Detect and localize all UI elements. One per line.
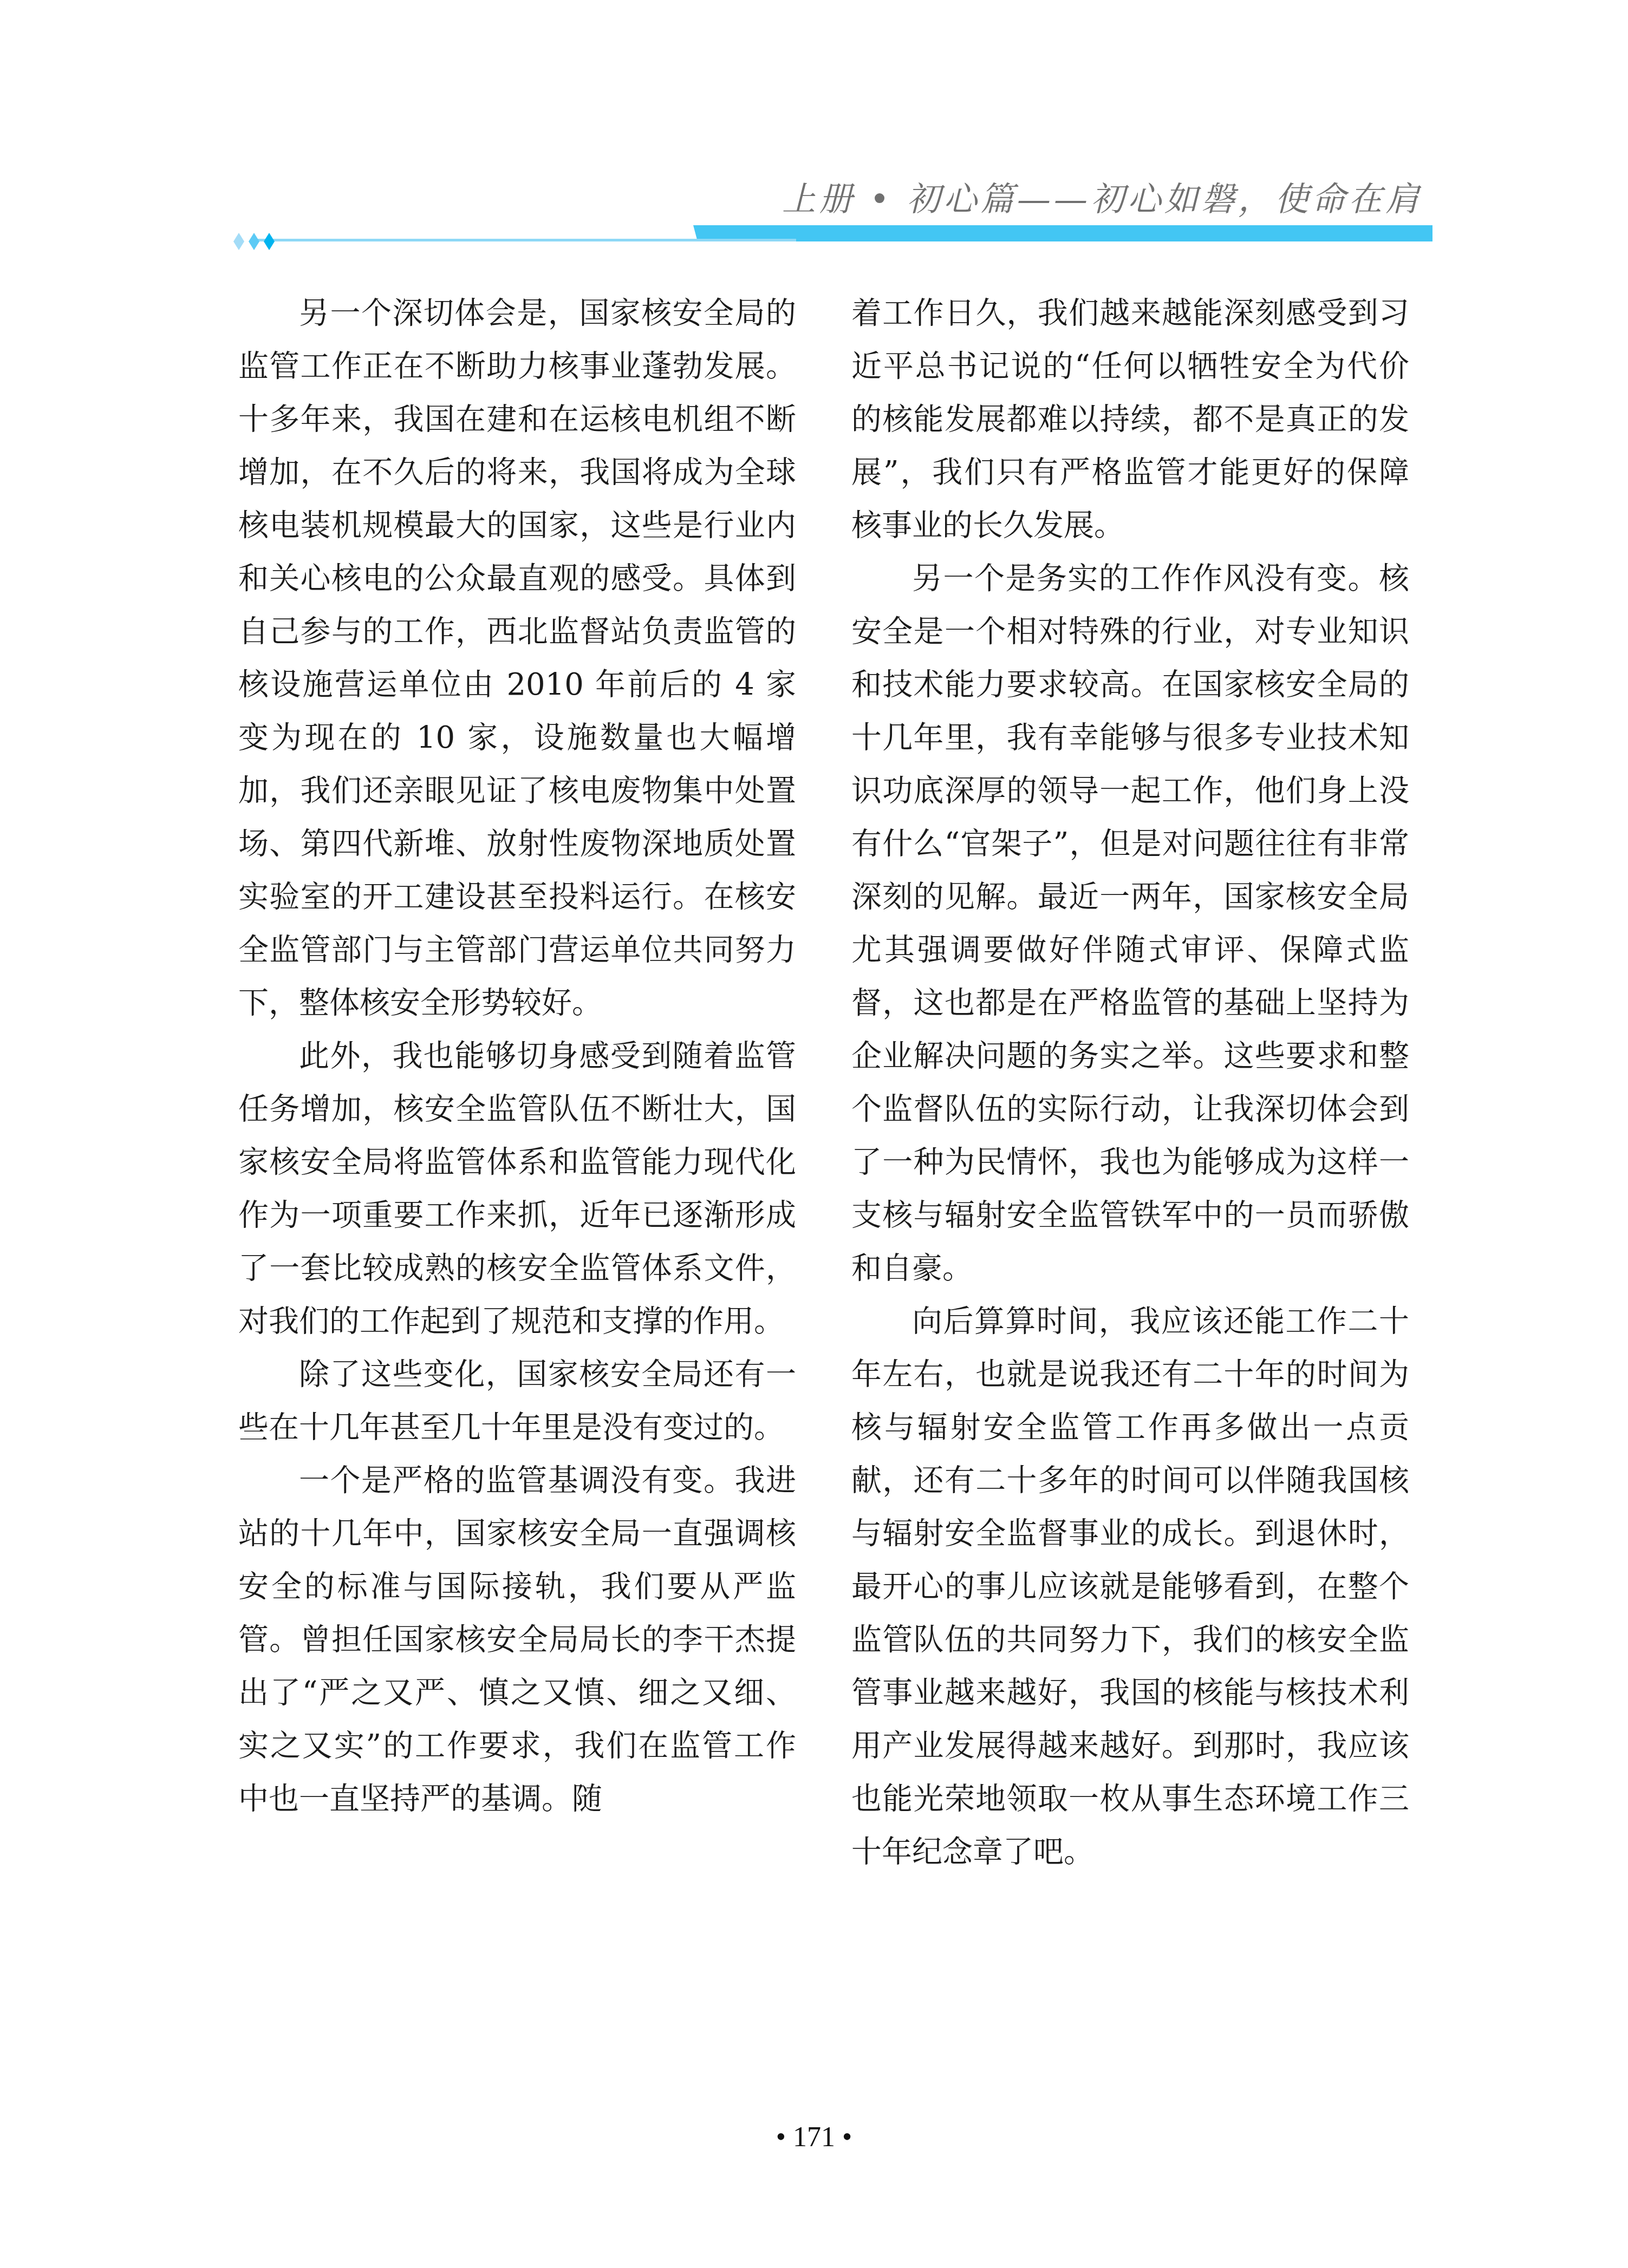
diamond-ornament-icon: [233, 233, 244, 250]
paragraph: 此外，我也能够切身感受到随着监管任务增加，核安全监管队伍不断壮大，国家核安全局将…: [238, 1030, 796, 1348]
header-accent-bar: [693, 225, 1432, 241]
header-rule-line: [255, 239, 796, 241]
paragraph: 除了这些变化，国家核安全局还有一些在十几年甚至几十年里是没有变过的。: [238, 1348, 796, 1454]
diamond-ornament-icon: [249, 233, 259, 250]
paragraph: 一个是严格的监管基调没有变。我进站的十几年中，国家核安全局一直强调核安全的标准与…: [238, 1454, 796, 1826]
page-number: • 171 •: [0, 2121, 1628, 2153]
right-column: 着工作日久，我们越来越能深刻感受到习近平总书记说的“任何以牺牲安全为代价的核能发…: [851, 287, 1409, 1879]
left-column: 另一个深切体会是，国家核安全局的监管工作正在不断助力核事业蓬勃发展。十多年来，我…: [238, 287, 796, 1826]
paragraph: 另一个是务实的工作作风没有变。核安全是一个相对特殊的行业，对专业知识和技术能力要…: [851, 552, 1409, 1295]
diamond-ornament-icon: [264, 233, 275, 250]
paragraph: 向后算算时间，我应该还能工作二十年左右，也就是说我还有二十年的时间为核与辐射安全…: [851, 1295, 1409, 1879]
paragraph: 另一个深切体会是，国家核安全局的监管工作正在不断助力核事业蓬勃发展。十多年来，我…: [238, 287, 796, 1030]
running-title: 上册 • 初心篇——初心如磐，使命在肩: [782, 172, 1422, 220]
paragraph-continued: 着工作日久，我们越来越能深刻感受到习近平总书记说的“任何以牺牲安全为代价的核能发…: [851, 287, 1409, 552]
